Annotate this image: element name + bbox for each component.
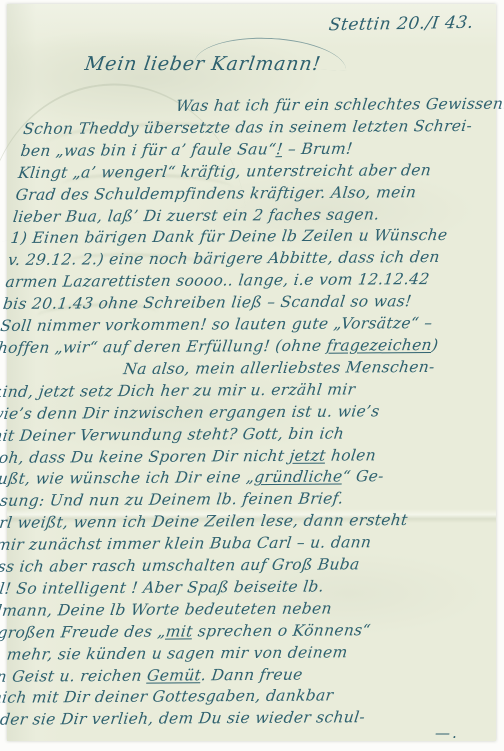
line-text: lieber Bua, laß’ Di zuerst ein 2 faches … (12, 205, 380, 226)
line-text: – Brum! (282, 139, 354, 157)
underlined-word: mit (165, 622, 194, 640)
line-text: nesung: Und nun zu Deinem lb. feinen Bri… (0, 490, 344, 511)
letter-place-date: Stettin 20./I 43. (328, 13, 475, 36)
letter-line: hoffen „wir“ auf deren Erfüllung! (ohne … (0, 335, 475, 360)
line-text: Carl weißt, wenn ich Deine Zeilen lese, … (0, 511, 409, 532)
line-text: Schon Theddy übersetzte das in seinem le… (22, 117, 473, 138)
line-text: ) (431, 336, 439, 354)
continuation-mark: —. (435, 724, 459, 742)
underlined-word: fragezeichen (326, 336, 433, 355)
line-text: mit Deiner Verwundung steht? Gott, bin i… (0, 424, 345, 444)
underlined-word: jetzt (289, 446, 327, 464)
letter-line: Carl weißt, wenn ich Deine Zeilen lese, … (0, 510, 455, 535)
line-text: dem, der sie Dir verlieh, dem Du sie wie… (0, 708, 366, 729)
line-text: 1) Einen bärigen Dank für Deine lb Zeile… (10, 226, 449, 247)
line-text: der großen Freude des „ (0, 622, 167, 641)
line-text: Carlmann, Deine lb Worte bedeuteten nebe… (0, 599, 333, 620)
underlined-word: Gemüt (146, 666, 202, 684)
line-text: ich mich mit Dir deiner Gottesgaben, dan… (0, 687, 334, 708)
line-text: kind, jetzt setz Dich her zu mir u. erzä… (0, 380, 356, 401)
line-text: in mir zunächst immer klein Buba Carl – … (0, 533, 372, 554)
line-text: Na also, mein allerliebstes Menschen- (122, 358, 435, 378)
line-text: hoffen „wir“ auf deren Erfüllung! (ohne (0, 337, 328, 357)
underlined-word: gründliche (253, 468, 343, 487)
letter-body: Was hat ich für ein schlechtes Gewissen!… (0, 94, 503, 733)
line-text: holen (325, 446, 377, 464)
line-text: bis 20.1.43 ohne Schreiben ließ – Scanda… (2, 292, 413, 313)
letter-line: dem, der sie Dir verlieh, dem Du sie wie… (0, 707, 432, 732)
line-text: sprechen o Könnens“ (192, 621, 372, 640)
letter-line: Schon Theddy übersetzte das in seinem le… (22, 116, 501, 141)
line-text: armen Lazarettisten soooo.. lange, i.e v… (5, 270, 431, 291)
line-text: Soll nimmer vorkommen! so lauten gute „V… (0, 314, 433, 335)
letter-salutation: Mein lieber Karlmann! (83, 53, 322, 75)
line-text: noch mehr, sie künden u sagen mir von de… (0, 643, 349, 664)
line-text: froh, dass Du keine Sporen Dir nicht (0, 446, 291, 466)
letter-line: Na also, mein allerliebstes Menschen- (122, 357, 473, 381)
letter-line: Was hat ich für ein schlechtes Gewissen! (175, 94, 504, 118)
line-text: v. 29.12. 2.) eine noch bärigere Abbitte… (7, 248, 441, 269)
line-text: Klingt „a’ wengerl“ kräftig, unterstreic… (17, 161, 432, 182)
line-text: ben „was bin i für a’ faule Sau“ (20, 140, 278, 160)
line-text: Grad des Schuldempfindens kräftiger. Als… (15, 183, 418, 204)
line-text: Was hat ich für ein schlechtes Gewissen! (175, 95, 504, 115)
line-text: . Dann freue (200, 665, 304, 684)
line-text: tiefen Geist u. reichen (0, 666, 148, 685)
line-text: wie’s denn Dir inzwischen ergangen ist u… (0, 402, 381, 423)
line-text: “ Ge- (341, 468, 384, 486)
line-text: mußt, wie wünsche ich Dir eine „ (0, 469, 256, 489)
letter-page: Stettin 20./I 43. Mein lieber Karlmann! … (7, 4, 496, 741)
line-text: muss ich aber rasch umschalten auf Groß … (0, 555, 361, 576)
letter-scan: Stettin 20./I 43. Mein lieber Karlmann! … (0, 0, 504, 751)
line-text: Carl! So intelligent ! Aber Spaß beiseit… (0, 577, 325, 597)
letter-line: Klingt „a’ wengerl“ kräftig, unterstreic… (17, 159, 496, 184)
